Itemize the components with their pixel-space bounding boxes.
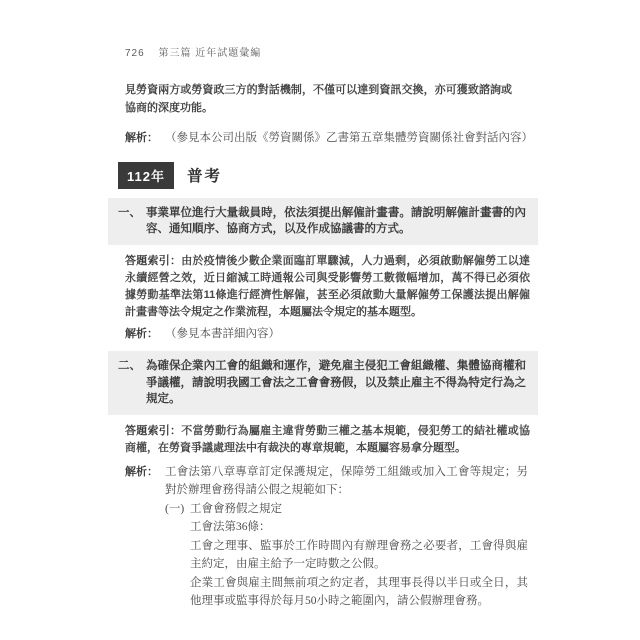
analysis-list-item: (一) 工會會務假之規定 工會法第36條： 工會之理事、監事於工作時間內有辦理會…	[165, 500, 528, 611]
analysis-body: 工會法第八章專章訂定保護規定，保障勞工組織或加入工會等規定；另對於辦理會務得請公…	[165, 463, 528, 611]
question-1-index: 答題索引：由於疫情後少數企業面臨訂單驟減，人力過剩，必須啟動解僱勞工以達永續經營…	[125, 253, 530, 321]
question-2-index: 答題索引：不當勞動行為屬雇主違背勞動三權之基本規範，侵犯勞工的結社權或協商權，在…	[125, 423, 530, 457]
analysis-label: 解析：	[125, 129, 165, 148]
index-label: 答題索引：	[125, 255, 181, 267]
analysis-text: （參見本公司出版《勞資關係》乙書第五章集體勞資關係社會對話內容）	[165, 129, 528, 148]
list-item-marker: (一)	[165, 500, 190, 519]
question-1-text: 事業單位進行大量裁員時，依法須提出解僱計畫書。請說明解僱計畫書的內容、通知順序、…	[146, 205, 526, 238]
question-1-box: 一、 事業單位進行大量裁員時，依法須提出解僱計畫書。請說明解僱計畫書的內容、通知…	[108, 198, 538, 245]
analysis-label: 解析：	[125, 463, 165, 482]
page-content: 726 第三篇 近年試題彙編 見勞資兩方或勞資政三方的對話機制，不僅可以達到資訊…	[108, 44, 538, 624]
running-head: 726 第三篇 近年試題彙編	[125, 44, 538, 59]
section-title: 第三篇 近年試題彙編	[158, 48, 261, 59]
index-text: 由於疫情後少數企業面臨訂單驟減，人力過剩，必須啟動解僱勞工以達永續經營之效，近日…	[125, 255, 530, 318]
analysis-intro: 工會法第八章專章訂定保護規定，保障勞工組織或加入工會等規定；另對於辦理會務得請公…	[165, 463, 528, 500]
law-reference: 工會法第36條：	[190, 518, 528, 537]
exam-heading: 112年 普考	[118, 162, 538, 189]
page-number: 726	[125, 48, 145, 59]
question-1-analysis: 解析： （參見本書詳細內容）	[125, 325, 528, 344]
analysis-text: （參見本書詳細內容）	[165, 325, 528, 344]
year-badge: 112年	[118, 162, 174, 189]
index-text: 不當勞動行為屬雇主違背勞動三權之基本規範，侵犯勞工的結社權或協商權，在勞資爭議處…	[125, 425, 530, 454]
question-2-box: 二、 為確保企業內工會的組織和運作，避免雇主侵犯工會組織權、集體協商權和爭議權，…	[108, 351, 538, 415]
question-2-analysis: 解析： 工會法第八章專章訂定保護規定，保障勞工組織或加入工會等規定；另對於辦理會…	[125, 463, 528, 611]
question-2-number: 二、	[118, 358, 146, 375]
book-page: 726 第三篇 近年試題彙編 見勞資兩方或勞資政三方的對話機制，不僅可以達到資訊…	[0, 0, 640, 640]
law-paragraph-1: 工會之理事、監事於工作時間內有辦理會務之必要者，工會得與雇主約定，由雇主給予一定…	[190, 537, 528, 574]
exam-title: 普考	[187, 164, 222, 186]
question-2-text: 為確保企業內工會的組織和運作，避免雇主侵犯工會組織權、集體協商權和爭議權，請說明…	[146, 358, 526, 408]
analysis-label: 解析：	[125, 325, 165, 344]
analysis-block-intro: 解析： （參見本公司出版《勞資關係》乙書第五章集體勞資關係社會對話內容）	[125, 129, 528, 148]
list-item-body: 工會會務假之規定 工會法第36條： 工會之理事、監事於工作時間內有辦理會務之必要…	[190, 500, 528, 611]
law-paragraph-2: 企業工會與雇主間無前項之約定者，其理事長得以半日或全日，其他理事或監事得於每月5…	[190, 574, 528, 611]
list-item-title: 工會會務假之規定	[190, 500, 528, 519]
index-label: 答題索引：	[125, 425, 181, 437]
continued-paragraph: 見勞資兩方或勞資政三方的對話機制，不僅可以達到資訊交換，亦可獲致諮詢或協商的深度…	[125, 81, 512, 117]
question-1-number: 一、	[118, 205, 146, 222]
